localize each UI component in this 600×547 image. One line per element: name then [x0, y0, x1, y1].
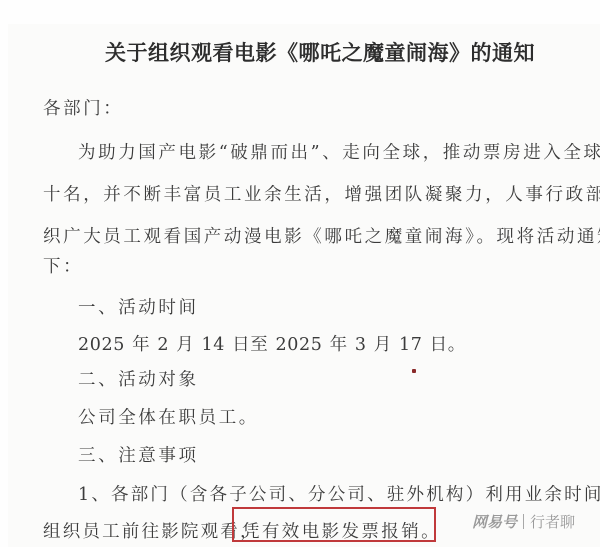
watermark-brand: 网易号 — [472, 513, 517, 531]
section-content-target: 公司全体在职员工。 — [78, 404, 259, 429]
intro-line-3: 织广大员工观看国产动漫电影《哪吒之魔童闹海》。现将活动通知如 — [43, 223, 600, 248]
intro-line-4: 下： — [43, 253, 83, 278]
document-title: 关于组织观看电影《哪吒之魔童闹海》的通知 — [0, 37, 600, 67]
section-heading-target: 二、活动对象 — [78, 366, 199, 391]
highlighted-reimbursement-text: 凭有效电影发票报销。 — [242, 518, 441, 543]
section-content-date-range: 2025 年 2 月 14 日至 2025 年 3 月 17 日。 — [78, 331, 466, 356]
watermark-author: 行者聊 — [530, 513, 575, 531]
note-item-1-line-1: 1、各部门（含各子公司、分公司、驻外机构）利用业余时间自行 — [78, 481, 600, 506]
watermark-separator — [523, 514, 524, 529]
watermark: 网易号行者聊 — [472, 511, 575, 532]
intro-line-2: 十名，并不断丰富员工业余生活，增强团队凝聚力，人事行政部拟组 — [43, 181, 600, 206]
red-dot-mark — [412, 369, 416, 373]
section-heading-notes: 三、注意事项 — [78, 442, 199, 467]
salutation: 各部门： — [43, 95, 123, 120]
note-item-1-line-2: 组织员工前往影院观看， — [43, 518, 260, 543]
section-heading-time: 一、活动时间 — [78, 294, 199, 319]
intro-line-1: 为助力国产电影“破鼎而出”、走向全球，推动票房进入全球前 — [78, 139, 600, 164]
